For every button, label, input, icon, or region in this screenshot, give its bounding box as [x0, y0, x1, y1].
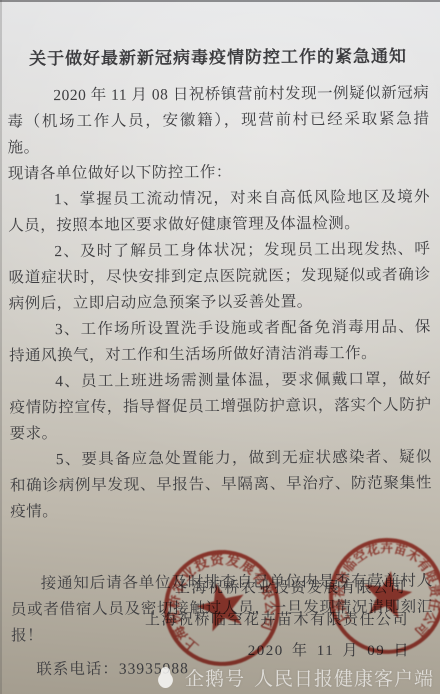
signature-date: 2020 年 11 月 09 日	[248, 639, 410, 660]
signature-company-1: 上海祝桥农业投资发展有限公司	[175, 576, 406, 597]
watermark-source: 企鹅号	[185, 664, 245, 691]
notice-item-2: 2、及时了解员工身体状况；发现员工出现发热、呼吸道症状时，尽快安排到定点医院就医…	[8, 237, 431, 318]
notice-item-4: 4、员工上班进场需测量体温，要求佩戴口罩，做好疫情防控宣传，指导督促员工增强防护…	[9, 367, 432, 448]
notice-intro: 2020 年 11 月 08 日祝桥镇营前村发现一例疑似新冠病毒（机场工作人员，…	[7, 81, 430, 162]
watermark: 企鹅号 人民日报健康客户端	[155, 664, 434, 691]
penguin-icon	[155, 666, 176, 689]
notice-item-3: 3、工作场所设置洗手设施或者配备免消毒用品、保持通风换气，对工作和生活场所做好清…	[9, 315, 431, 370]
notice-item-1: 1、掌握员工流动情况，对来自高低风险地区及境外人员，按照本地区要求做好健康管理及…	[8, 185, 430, 240]
watermark-client: 人民日报健康客户端	[254, 664, 434, 691]
notice-instruction-header: 现请各单位做好以下防控工作：	[8, 159, 430, 188]
signature-company-2: 上海祝桥临空花卉苗木有限责任公司	[145, 608, 409, 629]
notice-document-photo: 关于做好最新新冠病毒疫情防控工作的紧急通知 2020 年 11 月 08 日祝桥…	[0, 0, 440, 694]
notice-item-5: 5、要具备应急处置能力，做到无症状感染者、疑似和确诊病例早发现、早报告、早隔离、…	[10, 445, 433, 526]
notice-title: 关于做好最新新冠病毒疫情防控工作的紧急通知	[7, 45, 429, 72]
